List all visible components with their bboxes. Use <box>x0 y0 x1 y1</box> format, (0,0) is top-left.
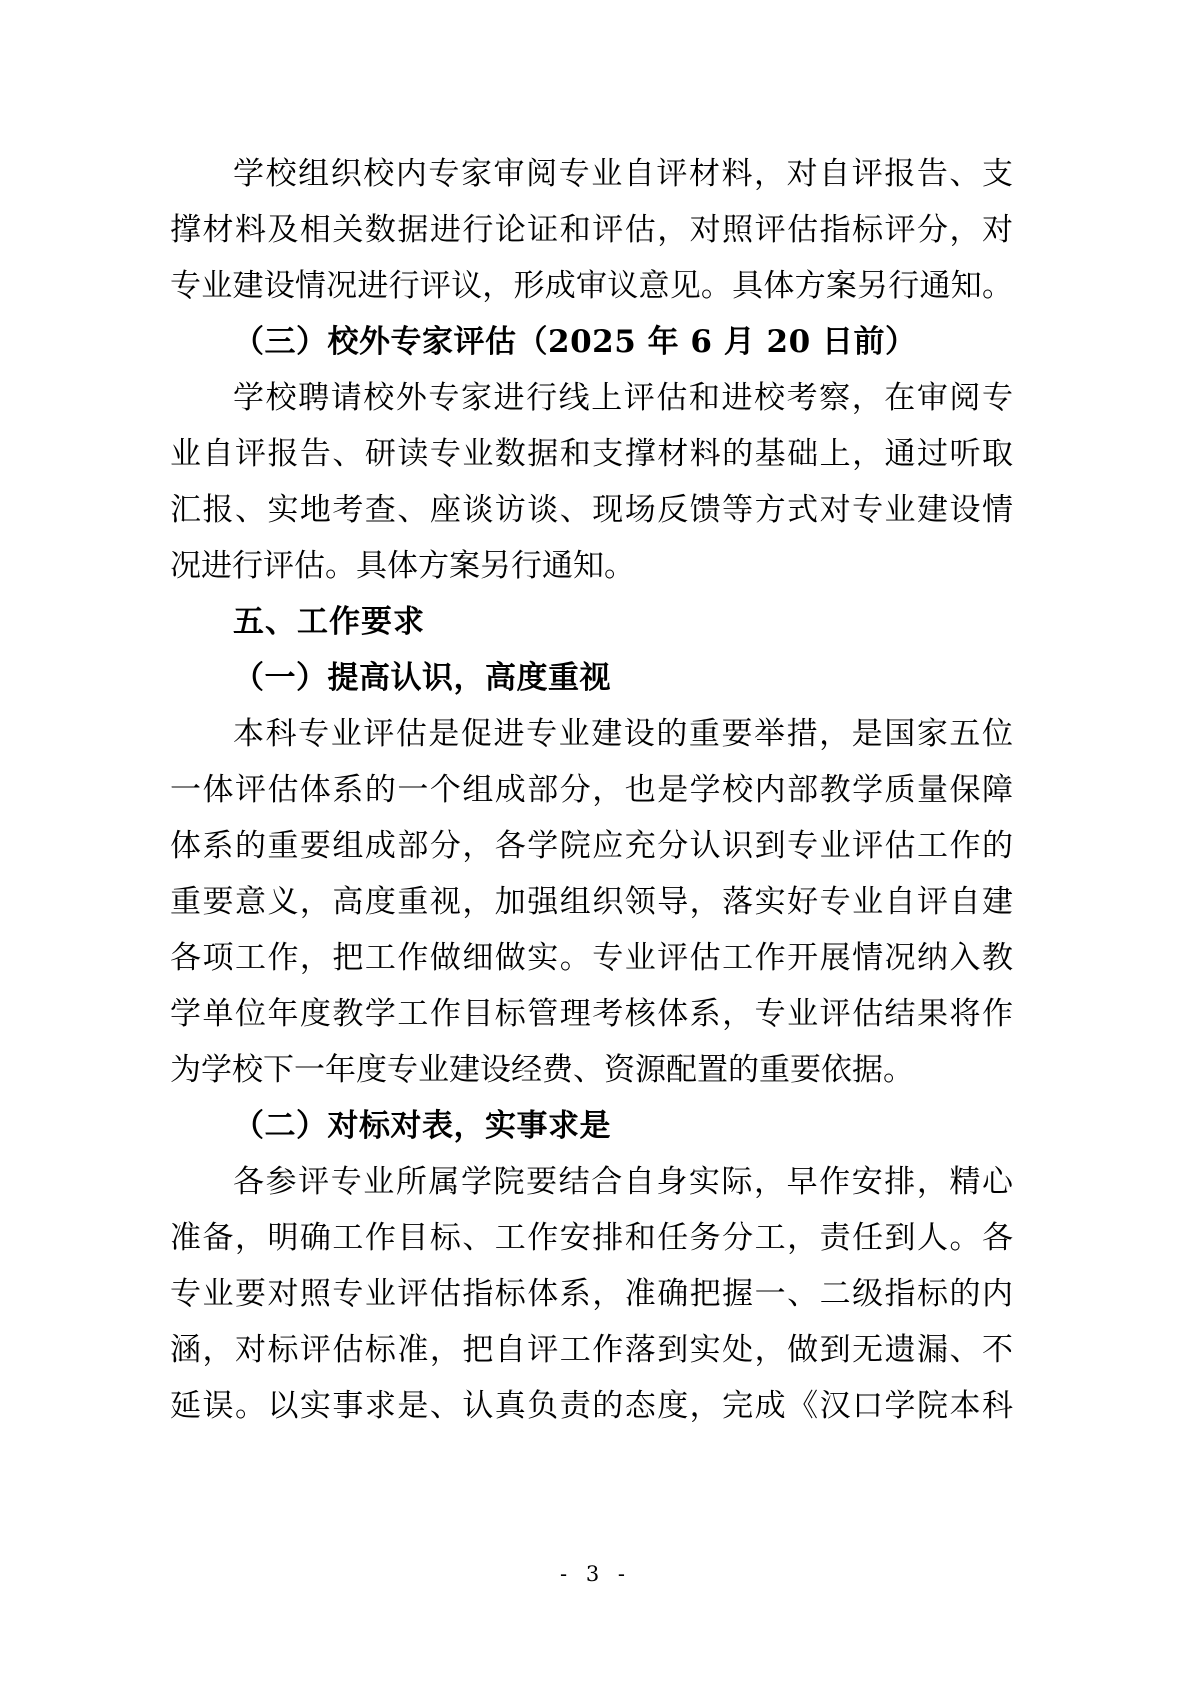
para-raise-awareness: 本科专业评估是促进专业建设的重要举措，是国家五位一体评估体系的一个组成部分，也是… <box>170 706 1013 1098</box>
text-line: 本科专业评估是促进专业建设的重要举措，是国家五位 <box>170 706 1013 762</box>
text-line: 况进行评估。具体方案另行通知。 <box>170 538 1013 594</box>
text-line: 撑材料及相关数据进行论证和评估，对照评估指标评分，对 <box>170 202 1013 258</box>
text-line: 学校组织校内专家审阅专业自评材料，对自评报告、支 <box>170 146 1013 202</box>
document-body: 学校组织校内专家审阅专业自评材料，对自评报告、支撑材料及相关数据进行论证和评估，… <box>170 146 1013 1434</box>
text-line: 准备，明确工作目标、工作安排和任务分工，责任到人。各 <box>170 1210 1013 1266</box>
para-external-expert-evaluation: 学校聘请校外专家进行线上评估和进校考察，在审阅专业自评报告、研读专业数据和支撑材… <box>170 370 1013 594</box>
text-line: 专业要对照专业评估指标体系，准确把握一、二级指标的内 <box>170 1266 1013 1322</box>
page-number: - 3 - <box>0 1558 1191 1590</box>
text-line: 延误。以实事求是、认真负责的态度，完成《汉口学院本科 <box>170 1378 1013 1434</box>
text-line: 学单位年度教学工作目标管理考核体系，专业评估结果将作 <box>170 986 1013 1042</box>
heading-external-expert-evaluation: （三）校外专家评估（2025 年 6 月 20 日前） <box>170 314 1013 370</box>
text-line: 各项工作，把工作做细做实。专业评估工作开展情况纳入教 <box>170 930 1013 986</box>
text-line: 学校聘请校外专家进行线上评估和进校考察，在审阅专 <box>170 370 1013 426</box>
text-line: 涵，对标评估标准，把自评工作落到实处，做到无遗漏、不 <box>170 1322 1013 1378</box>
text-line: 重要意义，高度重视，加强组织领导，落实好专业自评自建 <box>170 874 1013 930</box>
heading-work-requirements: 五、工作要求 <box>170 594 1013 650</box>
text-line: 各参评专业所属学院要结合自身实际，早作安排，精心 <box>170 1154 1013 1210</box>
text-line: 体系的重要组成部分，各学院应充分认识到专业评估工作的 <box>170 818 1013 874</box>
text-line: 一体评估体系的一个组成部分，也是学校内部教学质量保障 <box>170 762 1013 818</box>
para-benchmarking: 各参评专业所属学院要结合自身实际，早作安排，精心准备，明确工作目标、工作安排和任… <box>170 1154 1013 1434</box>
heading-raise-awareness: （一）提高认识，高度重视 <box>170 650 1013 706</box>
text-line: 为学校下一年度专业建设经费、资源配置的重要依据。 <box>170 1042 1013 1098</box>
text-line: 专业建设情况进行评议，形成审议意见。具体方案另行通知。 <box>170 258 1013 314</box>
text-line: 汇报、实地考查、座谈访谈、现场反馈等方式对专业建设情 <box>170 482 1013 538</box>
document-page: 学校组织校内专家审阅专业自评材料，对自评报告、支撑材料及相关数据进行论证和评估，… <box>0 0 1191 1684</box>
heading-benchmarking: （二）对标对表，实事求是 <box>170 1098 1013 1154</box>
para-internal-expert-review: 学校组织校内专家审阅专业自评材料，对自评报告、支撑材料及相关数据进行论证和评估，… <box>170 146 1013 314</box>
text-line: 业自评报告、研读专业数据和支撑材料的基础上，通过听取 <box>170 426 1013 482</box>
